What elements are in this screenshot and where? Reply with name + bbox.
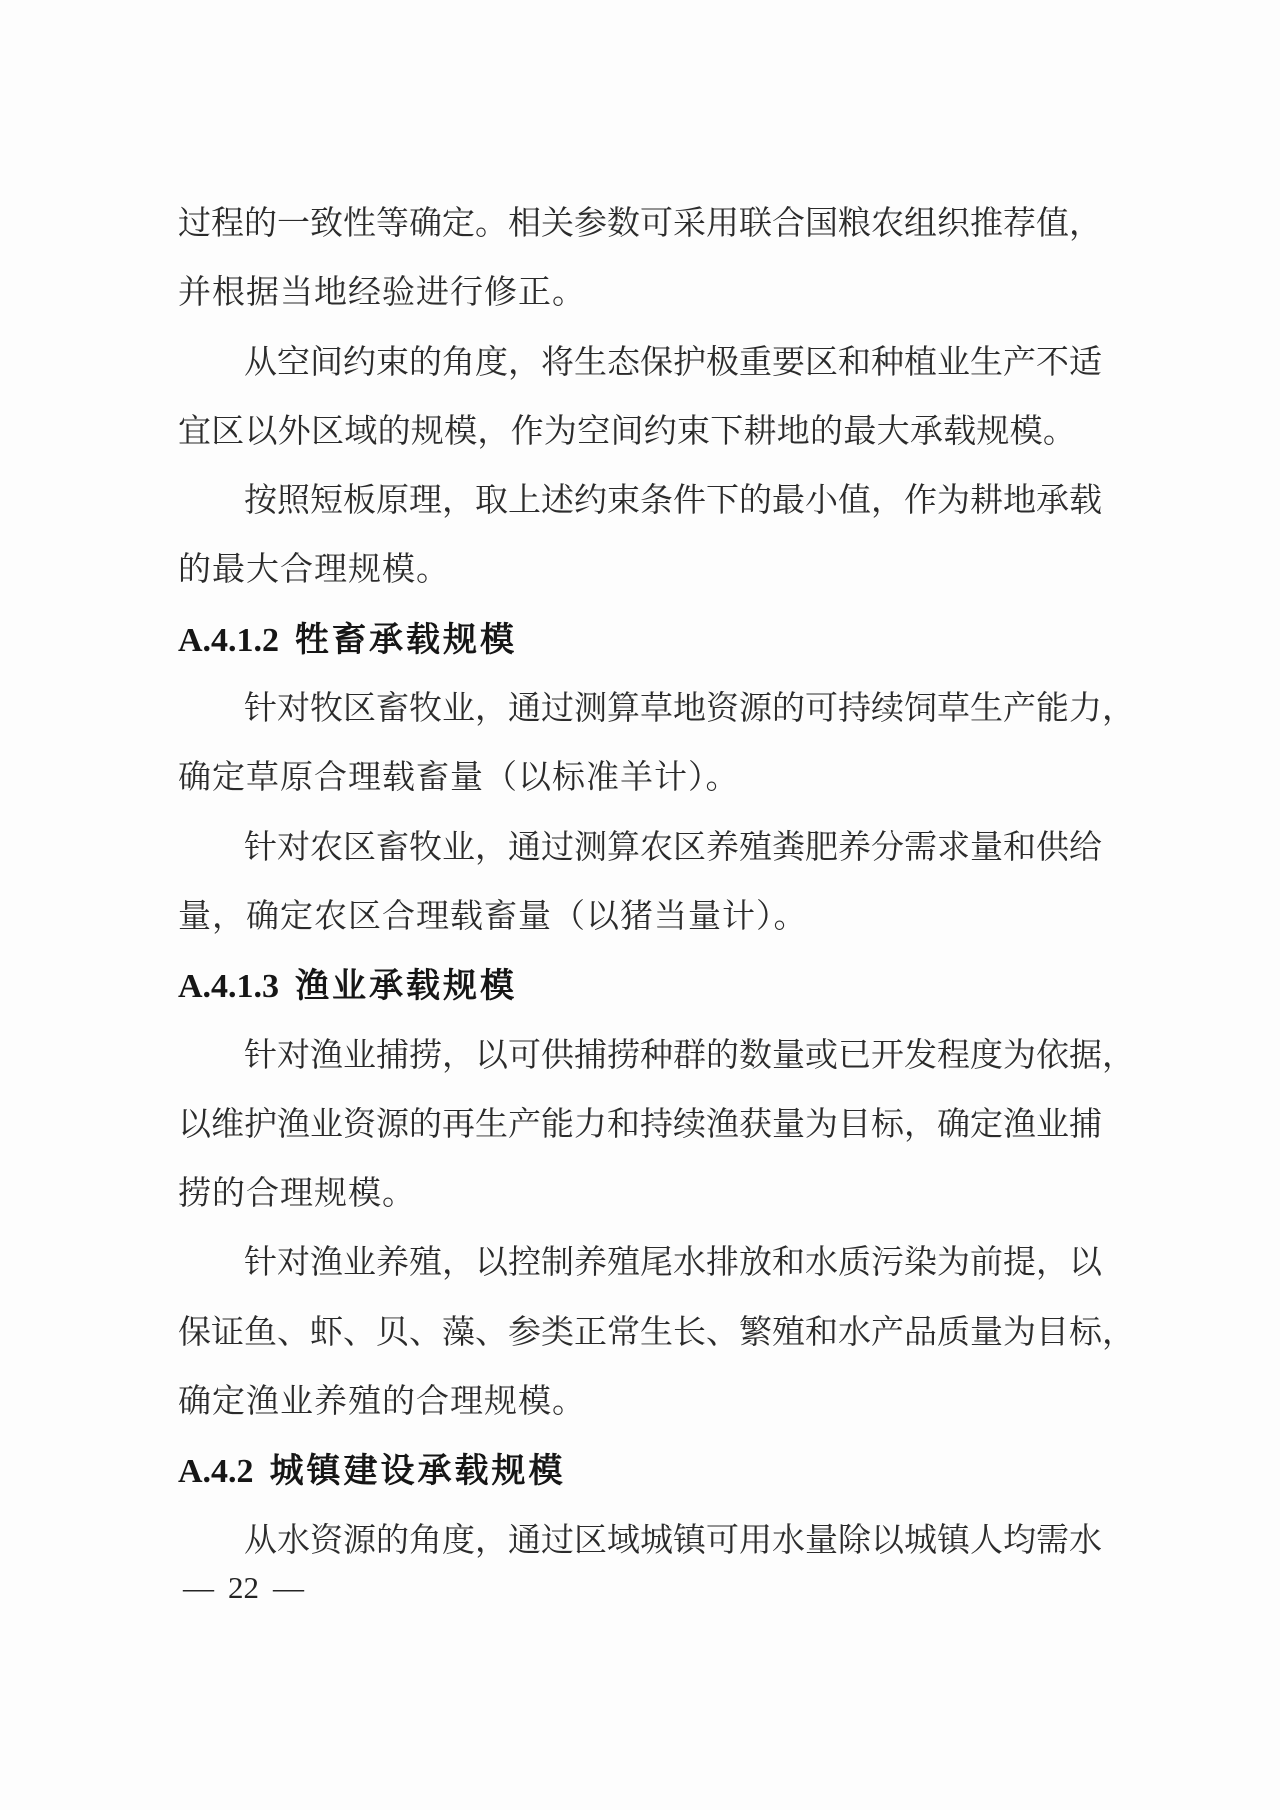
document-page: 过程的一致性等确定。相关参数可采用联合国粮农组织推荐值，并根据当地经验进行修正。… bbox=[0, 0, 1280, 1810]
body-line: 以维护渔业资源的再生产能力和持续渔获量为目标，确定渔业捕 bbox=[178, 1091, 1076, 1160]
heading-number: A.4.1.3 bbox=[178, 968, 279, 1005]
heading-number: A.4.1.2 bbox=[178, 622, 279, 659]
body-line: 量，确定农区合理载畜量（以猪当量计）。 bbox=[178, 883, 1076, 952]
heading-number: A.4.2 bbox=[178, 1453, 254, 1490]
footer-right-dash: — bbox=[273, 1570, 304, 1605]
section-heading: A.4.1.3渔业承载规模 bbox=[178, 952, 1076, 1021]
heading-title: 城镇建设承载规模 bbox=[270, 1452, 566, 1490]
body-line: 的最大合理规模。 bbox=[178, 536, 1076, 605]
body-line: 确定渔业养殖的合理规模。 bbox=[178, 1368, 1076, 1437]
body-line: 针对渔业养殖，以控制养殖尾水排放和水质污染为前提，以 bbox=[178, 1229, 1076, 1298]
page-footer: —22— bbox=[183, 1566, 304, 1610]
body-line: 从水资源的角度，通过区域城镇可用水量除以城镇人均需水 bbox=[178, 1507, 1076, 1576]
body-line: 针对农区畜牧业，通过测算农区养殖粪肥养分需求量和供给 bbox=[178, 814, 1076, 883]
section-heading: A.4.1.2牲畜承载规模 bbox=[178, 606, 1076, 675]
footer-left-dash: — bbox=[183, 1570, 214, 1605]
body-line: 捞的合理规模。 bbox=[178, 1160, 1076, 1229]
body-line: 确定草原合理载畜量（以标准羊计）。 bbox=[178, 744, 1076, 813]
section-heading: A.4.2城镇建设承载规模 bbox=[178, 1437, 1076, 1506]
heading-title: 渔业承载规模 bbox=[295, 967, 517, 1005]
body-line: 保证鱼、虾、贝、藻、参类正常生长、繁殖和水产品质量为目标， bbox=[178, 1299, 1076, 1368]
body-line: 针对牧区畜牧业，通过测算草地资源的可持续饲草生产能力， bbox=[178, 675, 1076, 744]
page-number: 22 bbox=[228, 1570, 259, 1605]
body-line: 从空间约束的角度，将生态保护极重要区和种植业生产不适 bbox=[178, 329, 1076, 398]
body-line: 过程的一致性等确定。相关参数可采用联合国粮农组织推荐值， bbox=[178, 190, 1076, 259]
body-line: 宜区以外区域的规模，作为空间约束下耕地的最大承载规模。 bbox=[178, 398, 1076, 467]
body-line: 针对渔业捕捞，以可供捕捞种群的数量或已开发程度为依据， bbox=[178, 1022, 1076, 1091]
heading-title: 牲畜承载规模 bbox=[295, 621, 517, 659]
page-body: 过程的一致性等确定。相关参数可采用联合国粮农组织推荐值，并根据当地经验进行修正。… bbox=[178, 190, 1076, 1576]
body-line: 并根据当地经验进行修正。 bbox=[178, 259, 1076, 328]
body-line: 按照短板原理，取上述约束条件下的最小值，作为耕地承载 bbox=[178, 467, 1076, 536]
